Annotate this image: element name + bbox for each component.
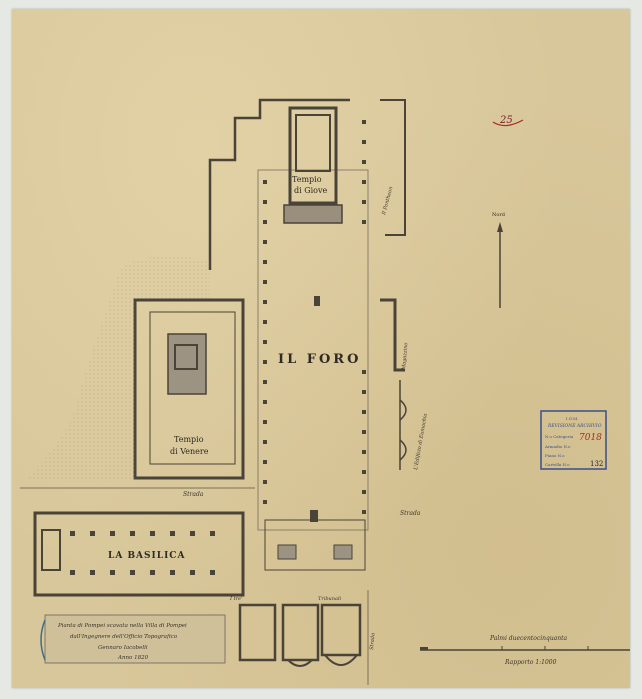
archive-stamp: I.G.M. REVISIONE ARCHIVIO N.o Categoria … xyxy=(541,411,606,469)
label-temple-venus: Tempio xyxy=(174,435,204,444)
label-market: Il Pantheon xyxy=(381,186,395,216)
label-granary: Magazzino xyxy=(401,342,409,371)
svg-text:N.o Categoria: N.o Categoria xyxy=(545,434,574,439)
svg-text:132: 132 xyxy=(590,460,603,468)
label-curia-right: Tribunali xyxy=(318,596,342,602)
svg-text:Gennaro Iacobelli: Gennaro Iacobelli xyxy=(98,645,148,651)
scale-bar: Palmi duecentocinquanta Rapporto 1:1000 xyxy=(420,635,630,666)
label-temple-jupiter: Tempio xyxy=(292,175,322,184)
label-basilica: LA BASILICA xyxy=(108,551,185,561)
label-street-south: Strada xyxy=(369,633,376,650)
svg-text:Anno 1820: Anno 1820 xyxy=(117,655,149,661)
north-arrow: Nord xyxy=(492,212,506,308)
label-temple-jupiter-2: di Giove xyxy=(294,186,328,195)
svg-text:Pianta di Pompei scavata nella: Pianta di Pompei scavata nella Villa di … xyxy=(57,623,187,629)
forum-area xyxy=(258,170,368,530)
svg-text:Armadio N.o: Armadio N.o xyxy=(544,444,571,449)
label-eumachia: L'Edificio di Eumachia xyxy=(413,413,429,471)
label-street-west: Strada xyxy=(183,491,204,498)
label-temple-venus-2: di Venere xyxy=(170,447,209,456)
svg-text:dall'Ingegnere dell'Officio To: dall'Ingegnere dell'Officio Topografico xyxy=(70,634,178,640)
svg-text:Piano N.o: Piano N.o xyxy=(545,453,565,458)
svg-text:Rapporto 1:1000: Rapporto 1:1000 xyxy=(504,659,557,666)
label-street-east: Strada xyxy=(400,510,421,517)
title-cartouche: Pianta di Pompei scavata nella Villa di … xyxy=(41,615,225,663)
svg-text:Cartella N.o: Cartella N.o xyxy=(545,462,570,467)
label-forum: IL FORO xyxy=(278,352,361,367)
forum-plan: IL FORO Tempio di Giove Tempio di Venere… xyxy=(0,0,642,699)
svg-text:Palmi duecentocinquanta: Palmi duecentocinquanta xyxy=(489,635,568,642)
svg-text:7018: 7018 xyxy=(579,433,602,443)
svg-text:REVISIONE ARCHIVIO: REVISIONE ARCHIVIO xyxy=(547,423,602,429)
label-curia-left: I tre' xyxy=(229,596,242,602)
svg-text:Nord: Nord xyxy=(492,212,506,218)
svg-text:I.G.M.: I.G.M. xyxy=(566,416,579,421)
